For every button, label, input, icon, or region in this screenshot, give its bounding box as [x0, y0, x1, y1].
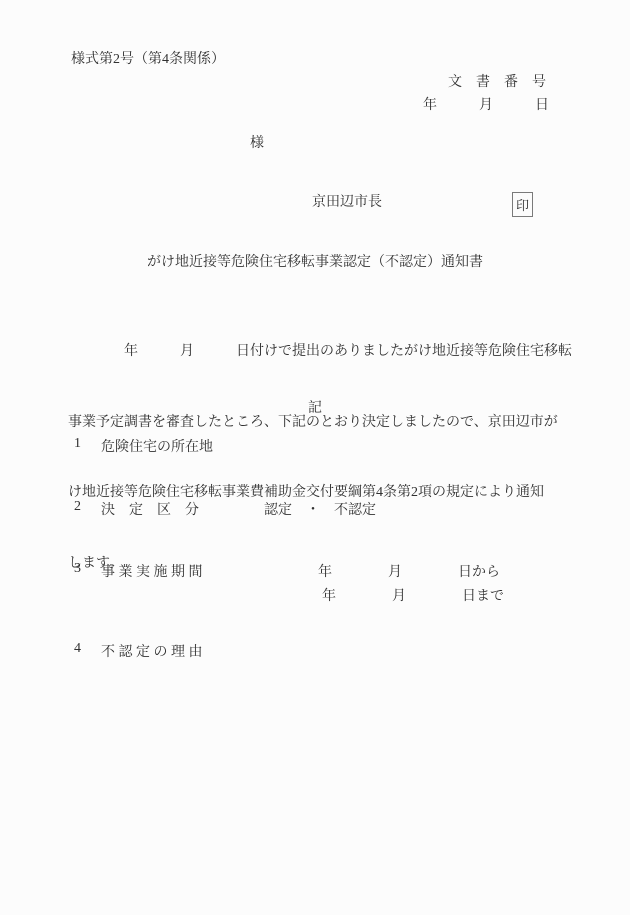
- body-line: 年 月 日付けで提出のありましたがけ地近接等危険住宅移転: [68, 340, 570, 364]
- sender-title: 京田辺市長: [312, 191, 382, 211]
- item-3-period-to-blank: 年 月 日まで: [322, 585, 504, 605]
- item-3-number: 3: [74, 561, 81, 577]
- item-2-label-decision-category: 決 定 区 分: [101, 499, 199, 519]
- item-4-number: 4: [74, 641, 81, 657]
- date-blank-line: 年 月 日: [423, 94, 549, 114]
- item-1-label-dangerous-house-location: 危険住宅の所在地: [101, 436, 213, 456]
- item-2-value-approved-or-not: 認定 ・ 不認定: [264, 499, 376, 519]
- item-3-period-from-blank: 年 月 日から: [318, 561, 500, 581]
- item-4-label-reason-for-disapproval: 不 認 定 の 理 由: [101, 641, 203, 661]
- item-3-label-project-period: 事 業 実 施 期 間: [101, 561, 203, 581]
- document-title: がけ地近接等危険住宅移転事業認定（不認定）通知書: [0, 251, 630, 271]
- item-2-number: 2: [74, 499, 81, 515]
- form-number-caption: 様式第2号（第4条関係）: [71, 48, 225, 68]
- record-heading: 記: [0, 397, 630, 417]
- seal-mark: 印: [516, 195, 529, 214]
- seal-placeholder-box: 印: [512, 192, 533, 217]
- item-1-number: 1: [74, 436, 81, 452]
- document-number-label: 文 書 番 号: [448, 71, 546, 91]
- addressee-honorific: 様: [250, 132, 264, 152]
- form-document-page: 様式第2号（第4条関係） 文 書 番 号 年 月 日 様 京田辺市長 印 がけ地…: [0, 0, 630, 915]
